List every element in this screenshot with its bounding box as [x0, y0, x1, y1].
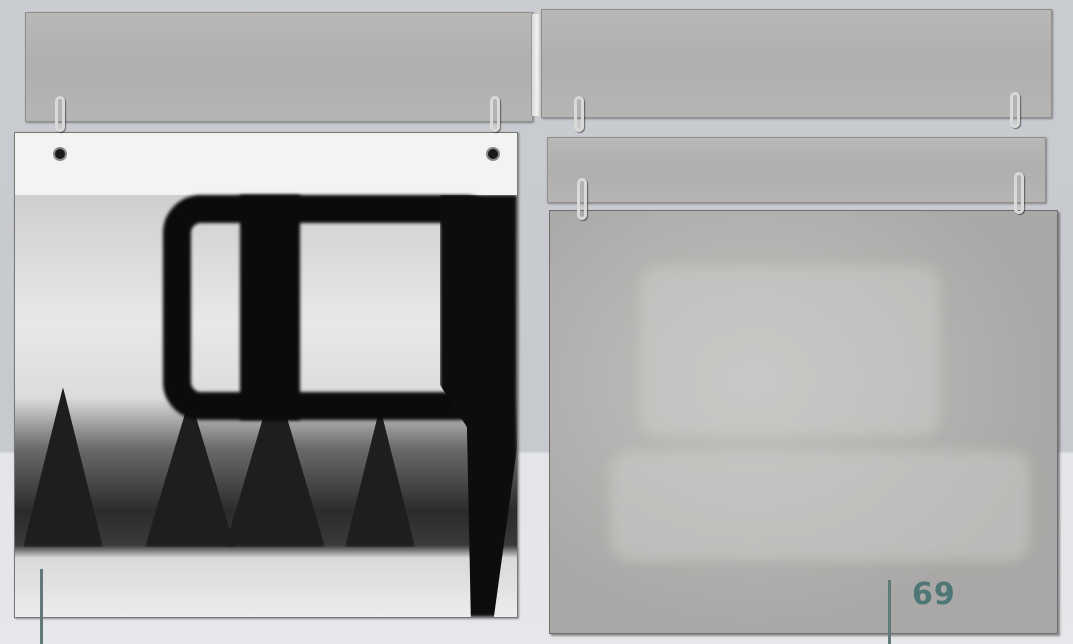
page-number: 69 [912, 577, 956, 612]
photo-print [14, 132, 518, 618]
punch-hole [53, 147, 67, 161]
ring-hanger [55, 96, 65, 132]
middle-strip [547, 137, 1046, 203]
ring-hanger [577, 178, 587, 220]
ring-hanger [490, 96, 500, 132]
ring-hanger [1014, 172, 1024, 214]
punch-hole [486, 147, 500, 161]
photo-scene [15, 195, 517, 617]
tree-shape [345, 407, 415, 547]
metal-plate-print [549, 210, 1058, 634]
margin-rule-left [40, 569, 43, 644]
top-bar-left [25, 12, 533, 122]
ghost-trees [610, 451, 1030, 561]
top-bar-right [541, 9, 1052, 118]
ring-hanger [574, 96, 584, 132]
margin-rule-right [888, 580, 891, 644]
ghost-mirror [640, 266, 940, 436]
tree-shape [23, 387, 103, 547]
ring-hanger [1010, 92, 1020, 128]
